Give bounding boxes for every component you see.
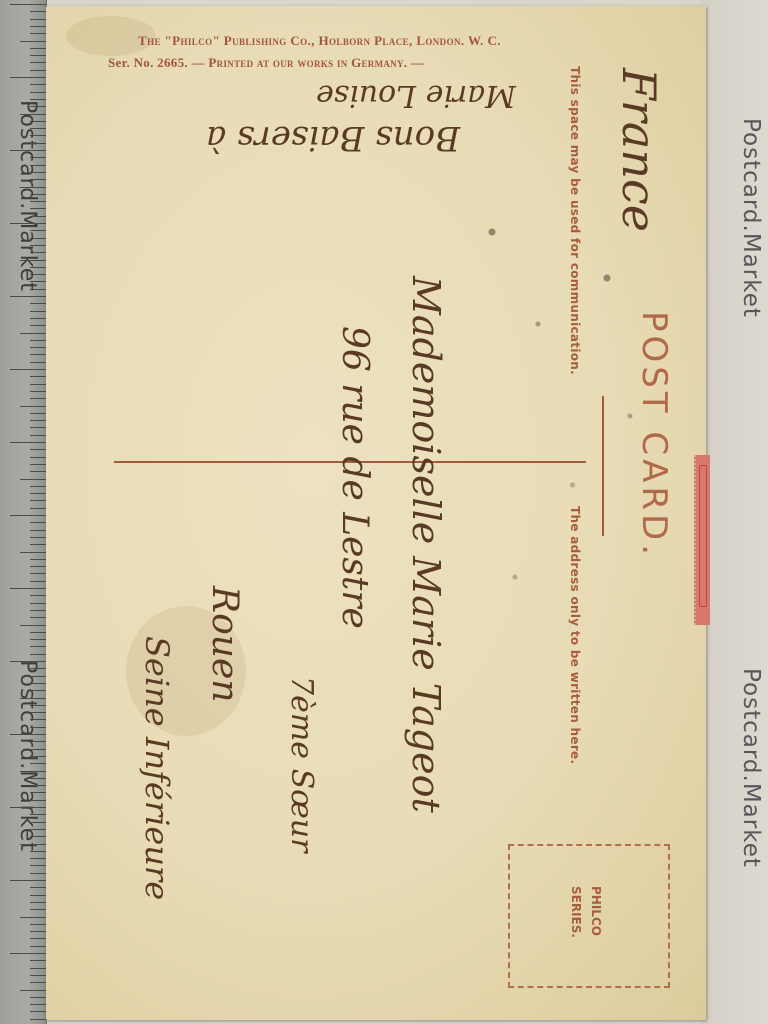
- ruler-tick: [30, 318, 46, 319]
- ruler-tick: [30, 530, 46, 531]
- ruler-tick: [30, 982, 46, 983]
- ruler-tick: [30, 486, 46, 487]
- ruler-tick: [30, 617, 46, 618]
- ruler-tick: [30, 676, 46, 677]
- ruler-tick: [30, 727, 46, 728]
- postcard-title: POST CARD.: [634, 311, 674, 559]
- ruler-tick: [30, 347, 46, 348]
- ruler-tick: [20, 114, 46, 115]
- ruler-tick: [30, 384, 46, 385]
- ruler-tick: [30, 865, 46, 866]
- ruler-tick: [20, 479, 46, 480]
- ruler-tick: [30, 902, 46, 903]
- series-line: Ser. No. 2665. — Printed at our works in…: [108, 55, 424, 71]
- ruler-tick: [20, 406, 46, 407]
- ruler-tick: [30, 376, 46, 377]
- ruler-tick: [20, 187, 46, 188]
- ruler-tick: [30, 194, 46, 195]
- ruler-tick: [30, 135, 46, 136]
- ruler-tick: [20, 698, 46, 699]
- ruler-tick: [30, 449, 46, 450]
- ruler-tick: [20, 260, 46, 261]
- ruler-tick: [30, 975, 46, 976]
- ruler-tick: [30, 493, 46, 494]
- printed-note: — Printed at our works in Germany. —: [191, 55, 424, 70]
- ruler-tick: [30, 778, 46, 779]
- ruler-tick: [30, 165, 46, 166]
- ruler-tick: [30, 245, 46, 246]
- ruler-tick: [30, 19, 46, 20]
- ruler-tick: [30, 829, 46, 830]
- ruler-tick: [30, 391, 46, 392]
- ruler-tick: [30, 895, 46, 896]
- ruler-tick: [30, 311, 46, 312]
- ruler-tick: [30, 785, 46, 786]
- handwritten-address-line1: Mademoiselle Marie Tageot: [404, 276, 448, 813]
- ruler-tick: [30, 690, 46, 691]
- ruler-tick: [30, 909, 46, 910]
- ruler-tick: [20, 625, 46, 626]
- ruler-tick: [30, 413, 46, 414]
- ruler-tick: [20, 333, 46, 334]
- handwritten-address-line5: Seine Inférieure: [138, 636, 176, 900]
- ruler-tick: [10, 296, 46, 297]
- ruler-tick: [20, 41, 46, 42]
- watermark-bottom: Postcard.Market: [724, 668, 764, 868]
- ruler-tick: [30, 252, 46, 253]
- handwritten-message-line1: Marie Louise: [316, 78, 516, 113]
- ruler-tick: [30, 873, 46, 874]
- ruler-tick: [30, 581, 46, 582]
- ruler-tick: [30, 1011, 46, 1012]
- ruler-tick: [30, 179, 46, 180]
- ruler-tick: [30, 654, 46, 655]
- ruler-tick: [30, 968, 46, 969]
- ruler-tick: [30, 537, 46, 538]
- ruler-tick: [30, 500, 46, 501]
- ruler-tick: [30, 435, 46, 436]
- ruler-tick: [30, 230, 46, 231]
- ruler-tick: [30, 997, 46, 998]
- ruler-tick: [30, 464, 46, 465]
- handwritten-address-line3: 7ème Sœur: [284, 676, 319, 852]
- ruler-tick: [30, 705, 46, 706]
- ruler-tick: [30, 946, 46, 947]
- ruler-tick: [30, 924, 46, 925]
- communication-note: This space may be used for communication…: [568, 66, 582, 375]
- ruler-tick: [30, 858, 46, 859]
- ruler-tick: [30, 208, 46, 209]
- ruler-tick: [30, 55, 46, 56]
- ruler-tick: [30, 544, 46, 545]
- ruler-tick: [30, 719, 46, 720]
- ruler-tick: [30, 33, 46, 34]
- ruler-tick: [30, 201, 46, 202]
- ruler-tick: [30, 325, 46, 326]
- ruler-tick: [30, 216, 46, 217]
- ruler-tick: [30, 157, 46, 158]
- ruler-tick: [30, 274, 46, 275]
- ruler-tick: [30, 632, 46, 633]
- ruler-tick: [30, 741, 46, 742]
- ruler-tick: [30, 238, 46, 239]
- ruler-tick: [10, 369, 46, 370]
- ruler-tick: [30, 303, 46, 304]
- ruler-tick: [30, 1004, 46, 1005]
- handwritten-message-line2: Bons Baisers à: [206, 118, 460, 158]
- ruler-tick: [20, 771, 46, 772]
- ruler-tick: [10, 734, 46, 735]
- ruler-tick: [10, 4, 46, 5]
- ruler-tick: [30, 887, 46, 888]
- ruler-tick: [30, 639, 46, 640]
- handwritten-address-line2: 96 rue de Lestre: [334, 326, 375, 629]
- ruler-tick: [30, 427, 46, 428]
- ruler-tick: [10, 953, 46, 954]
- ruler-tick: [10, 442, 46, 443]
- ruler-tick: [30, 573, 46, 574]
- ruler-tick: [30, 683, 46, 684]
- ruler-tick: [30, 792, 46, 793]
- stamp-box-label: PHILCO SERIES.: [566, 886, 606, 938]
- ruler-tick: [30, 938, 46, 939]
- address-note: The address only to be written here.: [568, 506, 582, 764]
- ruler-tick: [30, 92, 46, 93]
- ruler-tick: [30, 106, 46, 107]
- ruler-tick: [30, 457, 46, 458]
- ruler-tick: [30, 471, 46, 472]
- ruler-tick: [10, 880, 46, 881]
- ruler-tick: [30, 559, 46, 560]
- ruler-tick: [30, 960, 46, 961]
- ruler-tick: [30, 508, 46, 509]
- ruler-tick: [20, 552, 46, 553]
- ruler-tick: [30, 1019, 46, 1020]
- handwritten-country: France: [612, 68, 666, 232]
- ruler-tick: [30, 128, 46, 129]
- ruler-tick: [30, 749, 46, 750]
- ruler-tick: [30, 267, 46, 268]
- ruler-tick: [30, 354, 46, 355]
- ruler-tick: [30, 99, 46, 100]
- ruler-tick: [10, 588, 46, 589]
- ruler-tick: [30, 836, 46, 837]
- ruler-tick: [30, 11, 46, 12]
- publisher-line: The "Philco" Publishing Co., Holborn Pla…: [138, 33, 501, 49]
- ruler-tick: [30, 62, 46, 63]
- ruler-tick: [30, 646, 46, 647]
- ruler-tick: [10, 661, 46, 662]
- ruler-tick: [30, 172, 46, 173]
- ruler-tick: [30, 362, 46, 363]
- ruler-tick: [20, 990, 46, 991]
- ruler-tick: [30, 289, 46, 290]
- series-number: Ser. No. 2665.: [108, 55, 188, 70]
- ruler-tick: [30, 763, 46, 764]
- ruler-tick: [20, 844, 46, 845]
- ruler-tick: [30, 522, 46, 523]
- ruler-tick: [30, 814, 46, 815]
- ruler-tick: [30, 566, 46, 567]
- ruler-tick: [30, 595, 46, 596]
- ruler-tick: [10, 807, 46, 808]
- ruler-tick: [30, 143, 46, 144]
- watermark-top: Postcard.Market: [724, 118, 764, 318]
- ruler-tick: [30, 712, 46, 713]
- ruler-tick: [30, 340, 46, 341]
- ruler-tick: [30, 822, 46, 823]
- ruler-tick: [10, 223, 46, 224]
- ruler-tick: [30, 851, 46, 852]
- ruler-tick: [30, 420, 46, 421]
- ruler-tick: [10, 515, 46, 516]
- ruler-tick: [30, 70, 46, 71]
- ruler-tick: [30, 800, 46, 801]
- ruler-tick: [30, 121, 46, 122]
- handwritten-address-line4: Rouen: [204, 586, 245, 702]
- ruler-tick: [30, 48, 46, 49]
- postage-stamp-edge: [694, 455, 710, 625]
- ruler-tick: [30, 281, 46, 282]
- ruler-tick: [30, 26, 46, 27]
- ruler-tick: [30, 931, 46, 932]
- ruler-tick: [30, 84, 46, 85]
- ruler-tick: [30, 603, 46, 604]
- divider-vertical: [602, 396, 604, 536]
- ruler-tick: [10, 150, 46, 151]
- measuring-ruler: Postcard.Market Postcard.Market: [0, 0, 47, 1024]
- ruler-tick: [10, 77, 46, 78]
- ruler-tick: [30, 668, 46, 669]
- stamp-box-line1: PHILCO: [589, 886, 603, 936]
- ruler-tick: [30, 756, 46, 757]
- stamp-box-line2: SERIES.: [569, 886, 583, 938]
- ruler-tick: [30, 398, 46, 399]
- postcard-back: The "Philco" Publishing Co., Holborn Pla…: [46, 6, 706, 1020]
- ruler-tick: [30, 610, 46, 611]
- ruler-tick: [20, 917, 46, 918]
